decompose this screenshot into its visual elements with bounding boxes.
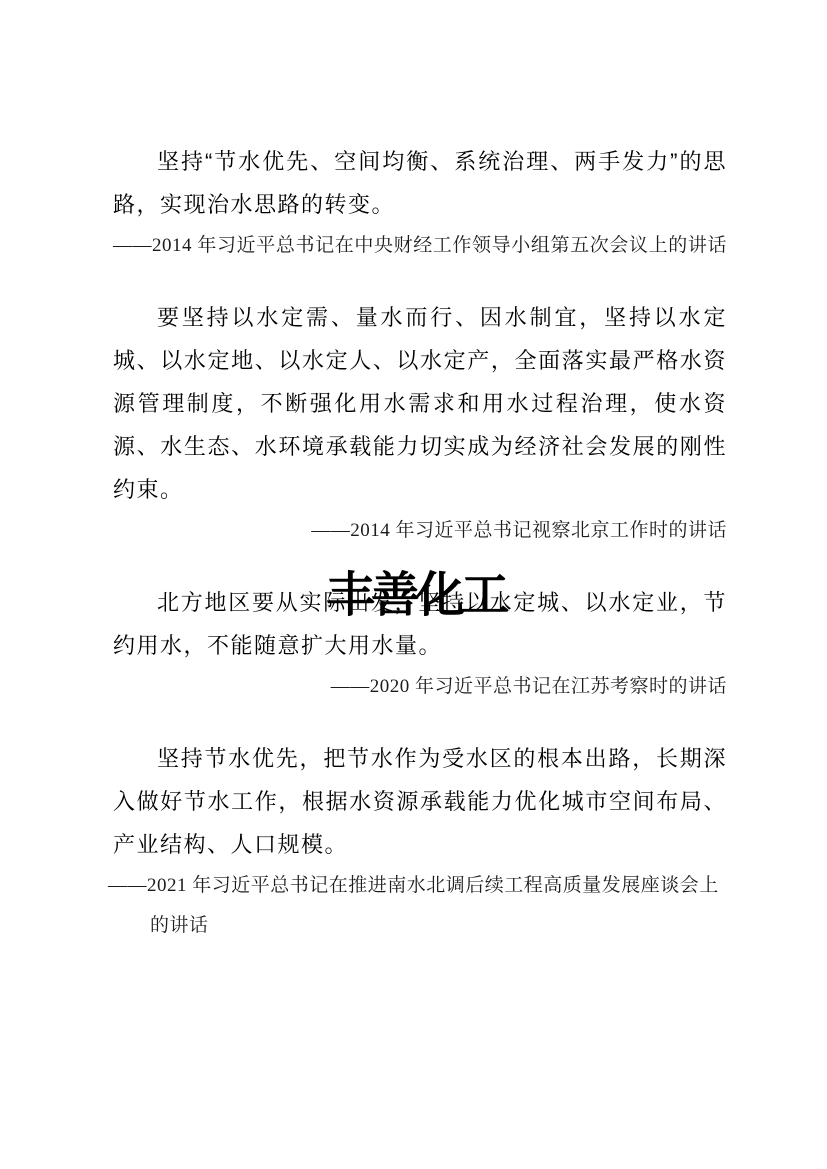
quote-block-2: 要坚持以水定需、量水而行、因水制宜，坚持以水定城、以水定地、以水定人、以水定产，… <box>113 296 727 551</box>
quote-block-4: 坚持节水优先，把节水作为受水区的根本出路，长期深入做好节水工作，根据水资源承载能… <box>113 737 727 946</box>
quote-text-3: 北方地区要从实际出发，坚持以水定城、以水定业，节约用水，不能随意扩大用水量。 <box>113 581 727 667</box>
quote-attribution-4: ——2021 年习近平总书记在推进南水北调后续工程高质量发展座谈会上的讲话 <box>108 866 727 946</box>
quote-text-1: 坚持“节水优先、空间均衡、系统治理、两手发力”的思路，实现治水思路的转变。 <box>113 140 727 226</box>
document-content: 坚持“节水优先、空间均衡、系统治理、两手发力”的思路，实现治水思路的转变。 ——… <box>113 140 727 976</box>
quote-text-2: 要坚持以水定需、量水而行、因水制宜，坚持以水定城、以水定地、以水定人、以水定产，… <box>113 296 727 511</box>
quote-block-1: 坚持“节水优先、空间均衡、系统治理、两手发力”的思路，实现治水思路的转变。 ——… <box>113 140 727 266</box>
document-page: 坚持“节水优先、空间均衡、系统治理、两手发力”的思路，实现治水思路的转变。 ——… <box>0 0 827 1169</box>
quote-block-3: 北方地区要从实际出发，坚持以水定城、以水定业，节约用水，不能随意扩大用水量。 —… <box>113 581 727 707</box>
quote-text-4: 坚持节水优先，把节水作为受水区的根本出路，长期深入做好节水工作，根据水资源承载能… <box>113 737 727 866</box>
quote-attribution-1: ——2014 年习近平总书记在中央财经工作领导小组第五次会议上的讲话 <box>113 226 727 266</box>
quote-attribution-2: ——2014 年习近平总书记视察北京工作时的讲话 <box>113 511 727 551</box>
quote-attribution-3: ——2020 年习近平总书记在江苏考察时的讲话 <box>113 667 727 707</box>
